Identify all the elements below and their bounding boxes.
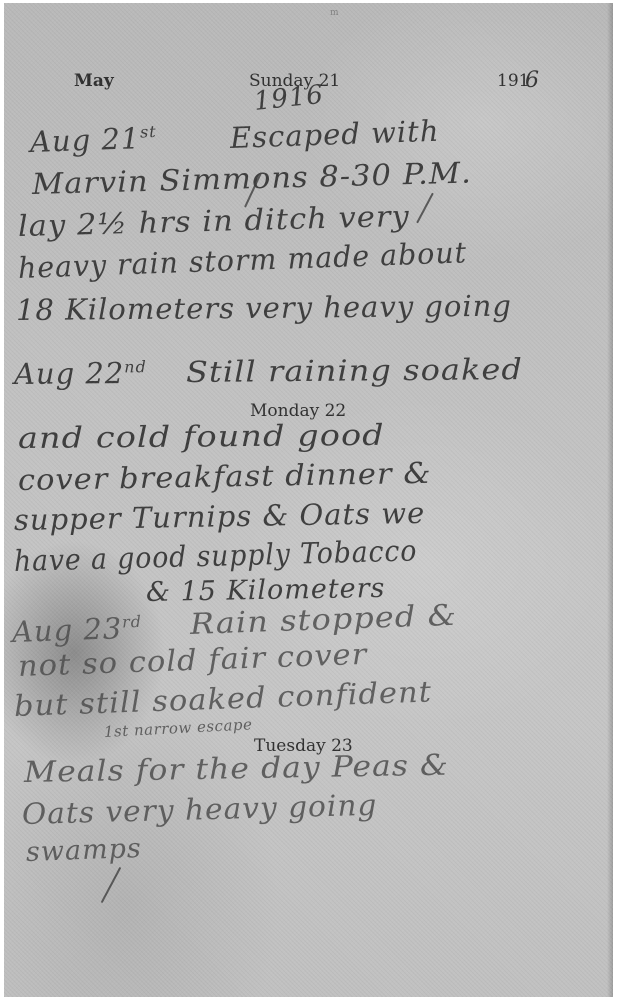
entry-line: have a good supply Tobacco (14, 533, 418, 578)
handwritten-year: 1916 (252, 80, 325, 117)
pen-stroke (416, 193, 434, 224)
entry-line: swamps (25, 833, 142, 868)
entry-line: Meals for the day Peas & (24, 748, 450, 789)
entry-date: Aug 23rd (11, 610, 142, 649)
entry-line: Escaped with (229, 114, 440, 155)
year-correction: 6 (525, 68, 539, 93)
month-label: May (74, 71, 114, 91)
entry-line: and cold found good (18, 418, 385, 455)
entry-line: cover breakfast dinner & (18, 456, 432, 497)
entry-line: Still raining soaked (186, 352, 523, 389)
entry-date: Aug 21st (29, 121, 157, 159)
entry-line: heavy rain storm made about (17, 235, 467, 285)
page-mark: m (330, 8, 339, 18)
entry-line: Oats very heavy going (22, 788, 378, 831)
entry-line: supper Turnips & Oats we (14, 496, 426, 537)
page-edge-shadow (607, 3, 613, 997)
diary-page: m May Sunday 21 191 6 1916 Aug 21st Esca… (4, 3, 613, 997)
entry-date: Aug 22nd (14, 356, 147, 391)
pen-stroke (101, 867, 122, 903)
entry-line: 18 Kilometers very heavy going (16, 289, 512, 327)
entry-line: lay 2½ hrs in ditch very (18, 199, 411, 243)
